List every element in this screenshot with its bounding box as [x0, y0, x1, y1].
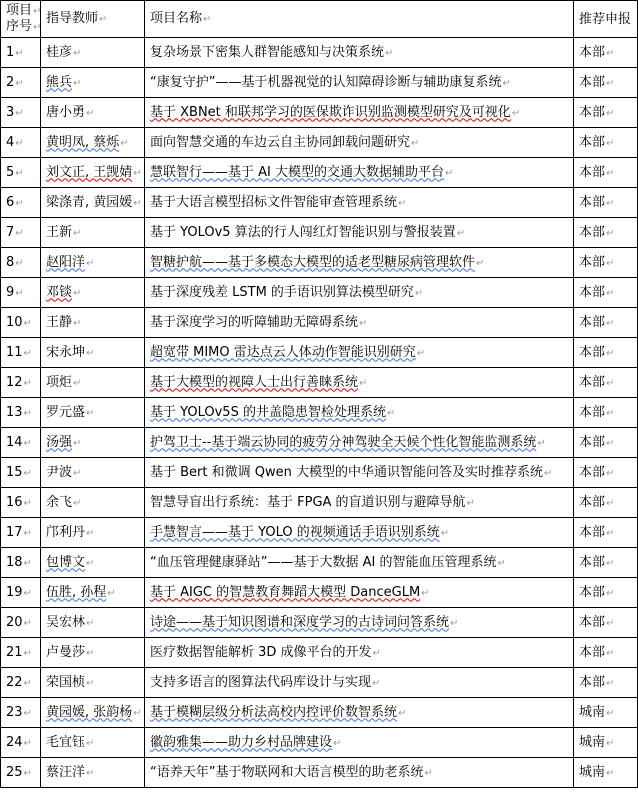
paragraph-mark-icon: ↵ [24, 378, 32, 389]
cell-project-name-text: 基于大语言模型招标文件智能审查管理系统 [150, 195, 397, 210]
paragraph-mark-icon: ↵ [15, 138, 23, 149]
paragraph-mark-icon: ↵ [372, 678, 380, 689]
paragraph-mark-icon: ↵ [606, 588, 614, 599]
table-body: 1↵桂彦↵复杂场景下密集人群智能感知与决策系统↵本部↵2↵熊兵↵“康复守护”——… [1, 38, 638, 788]
header-project-number[interactable]: 项目↵ 序号↵ [1, 1, 41, 38]
cell-recommend[interactable]: 本部↵ [574, 428, 638, 458]
paragraph-mark-icon: ↵ [73, 288, 81, 299]
paragraph-mark-icon: ↵ [86, 408, 94, 419]
table-row: 15↵尹波↵基于 Bert 和微调 Qwen 大模型的中华通识智能问答及实时推荐… [1, 458, 638, 488]
cell-teacher[interactable]: 王静↵ [41, 308, 145, 338]
paragraph-mark-icon: ↵ [476, 258, 484, 269]
cell-recommend[interactable]: 城南↵ [574, 758, 638, 788]
paragraph-mark-icon: ↵ [502, 78, 510, 89]
cell-teacher-text: 刘文正, 王觊婧 [46, 165, 132, 180]
paragraph-mark-icon: ↵ [606, 288, 614, 299]
paragraph-mark-icon: ↵ [606, 558, 614, 569]
cell-project-number-text: 22 [6, 675, 23, 690]
cell-project-number[interactable]: 24↵ [1, 728, 41, 758]
table-row: 16↵余飞↵智慧导盲出行系统：基于 FPGA 的盲道识别与避障导航↵本部↵ [1, 488, 638, 518]
cell-project-name-text: 基于 AIGC 的智慧教育舞蹈大模型 DanceGLM [150, 585, 420, 600]
cell-teacher-text: 毛宜钰 [46, 735, 85, 750]
cell-project-name-text: 医疗数据智能解析 3D 成像平台的开发 [150, 645, 372, 660]
cell-project-name-text: 基于模糊层级分析法高校内控评价数智系统 [150, 705, 397, 720]
cell-teacher[interactable]: 邝利丹↵ [41, 518, 145, 548]
cell-project-name[interactable]: 基于 XBNet 和联邦学习的医保欺诈识别监测模型研究及可视化↵ [145, 98, 574, 128]
paragraph-mark-icon: ↵ [606, 678, 614, 689]
cell-recommend-text: 城南 [579, 735, 605, 750]
cell-teacher[interactable]: 王新↵ [41, 218, 145, 248]
table-row: 1↵桂彦↵复杂场景下密集人群智能感知与决策系统↵本部↵ [1, 38, 638, 68]
cell-project-number[interactable]: 23↵ [1, 698, 41, 728]
paragraph-mark-icon: ↵ [606, 228, 614, 239]
cell-project-name[interactable]: “血压管理健康驿站”——基于大数据 AI 的智能血压管理系统↵ [145, 548, 574, 578]
cell-project-name-text: 基于深度残差 LSTM 的手语识别算法模型研究 [150, 285, 414, 300]
cell-teacher[interactable]: 荣国桢↵ [41, 668, 145, 698]
paragraph-mark-icon: ↵ [15, 228, 23, 239]
cell-project-number[interactable]: 19↵ [1, 578, 41, 608]
paragraph-mark-icon: ↵ [398, 708, 406, 719]
cell-recommend[interactable]: 本部↵ [574, 308, 638, 338]
cell-recommend[interactable]: 本部↵ [574, 158, 638, 188]
cell-project-name[interactable]: 基于 Bert 和微调 Qwen 大模型的中华通识智能问答及实时推荐系统↵ [145, 458, 574, 488]
cell-recommend[interactable]: 本部↵ [574, 668, 638, 698]
cell-project-name[interactable]: 基于大语言模型招标文件智能审查管理系统↵ [145, 188, 574, 218]
cell-teacher[interactable]: 邓锬↵ [41, 278, 145, 308]
cell-project-number[interactable]: 5↵ [1, 158, 41, 188]
cell-recommend[interactable]: 本部↵ [574, 368, 638, 398]
paragraph-mark-icon: ↵ [606, 258, 614, 269]
paragraph-mark-icon: ↵ [15, 288, 23, 299]
cell-teacher-text: 邓锬 [46, 285, 72, 300]
paragraph-mark-icon: ↵ [33, 22, 40, 33]
paragraph-mark-icon: ↵ [86, 738, 94, 749]
cell-project-number[interactable]: 17↵ [1, 518, 41, 548]
cell-project-name-text: 手慧智言——基于 YOLO 的视频通话手语识别系统 [150, 525, 440, 540]
table-row: 17↵邝利丹↵手慧智言——基于 YOLO 的视频通话手语识别系统↵本部↵ [1, 518, 638, 548]
cell-teacher[interactable]: 余飞↵ [41, 488, 145, 518]
cell-teacher[interactable]: 卢曼莎↵ [41, 638, 145, 668]
paragraph-mark-icon: ↵ [15, 198, 23, 209]
table-row: 3↵唐小勇↵基于 XBNet 和联邦学习的医保欺诈识别监测模型研究及可视化↵本部… [1, 98, 638, 128]
cell-project-number-text: 6 [6, 195, 14, 210]
table-row: 24↵毛宜钰↵徽韵雅集——助力乡村品牌建设↵城南↵ [1, 728, 638, 758]
cell-recommend[interactable]: 本部↵ [574, 578, 638, 608]
cell-project-number-text: 13 [6, 405, 23, 420]
cell-teacher[interactable]: 吴宏林↵ [41, 608, 145, 638]
cell-project-name[interactable]: 徽韵雅集——助力乡村品牌建设↵ [145, 728, 574, 758]
paragraph-mark-icon: ↵ [537, 438, 545, 449]
paragraph-mark-icon: ↵ [415, 288, 423, 299]
cell-project-number[interactable]: 2↵ [1, 68, 41, 98]
paragraph-mark-icon: ↵ [606, 78, 614, 89]
cell-project-name-text: 复杂场景下密集人群智能感知与决策系统 [150, 45, 384, 60]
cell-recommend-text: 本部 [579, 675, 605, 690]
cell-project-name[interactable]: 复杂场景下密集人群智能感知与决策系统↵ [145, 38, 574, 68]
table-row: 22↵荣国桢↵支持多语言的图算法代码库设计与实现↵本部↵ [1, 668, 638, 698]
cell-project-number[interactable]: 15↵ [1, 458, 41, 488]
paragraph-mark-icon: ↵ [450, 618, 458, 629]
cell-project-number[interactable]: 16↵ [1, 488, 41, 518]
cell-teacher-text: 王新 [46, 225, 72, 240]
cell-project-name-text: 慧联智行——基于 AI 大模型的交通大数据辅助平台 [150, 165, 444, 180]
cell-project-number-text: 12 [6, 375, 23, 390]
paragraph-mark-icon: ↵ [24, 768, 32, 779]
cell-project-number[interactable]: 13↵ [1, 398, 41, 428]
cell-recommend-text: 本部 [579, 615, 605, 630]
cell-project-name[interactable]: 医疗数据智能解析 3D 成像平台的开发↵ [145, 638, 574, 668]
cell-project-number[interactable]: 3↵ [1, 98, 41, 128]
cell-project-number-text: 7 [6, 225, 14, 240]
cell-teacher-text: 邝利丹 [46, 525, 85, 540]
table-row: 4↵黄明凤, 蔡烁↵面向智慧交通的车边云自主协同卸载问题研究↵本部↵ [1, 128, 638, 158]
cell-project-name[interactable]: “康复守护”——基于机器视觉的认知障碍诊断与辅助康复系统↵ [145, 68, 574, 98]
paragraph-mark-icon: ↵ [73, 378, 81, 389]
cell-project-number[interactable]: 6↵ [1, 188, 41, 218]
cell-recommend-text: 本部 [579, 525, 605, 540]
cell-recommend[interactable]: 本部↵ [574, 398, 638, 428]
paragraph-mark-icon: ↵ [24, 738, 32, 749]
cell-teacher-text: 宋永坤 [46, 345, 85, 360]
paragraph-mark-icon: ↵ [606, 108, 614, 119]
paragraph-mark-icon: ↵ [373, 648, 381, 659]
cell-project-name-text: “血压管理健康驿站”——基于大数据 AI 的智能血压管理系统 [150, 555, 496, 570]
cell-recommend-text: 本部 [579, 375, 605, 390]
cell-teacher-text: 项炬 [46, 375, 72, 390]
cell-project-number-text: 10 [6, 315, 23, 330]
table-row: 25↵蔡汪洋↵“语养天年”基于物联网和大语言模型的助老系统↵城南↵ [1, 758, 638, 788]
cell-project-name-text: 智糖护航——基于多模态大模型的适老型糖尿病管理软件 [150, 255, 475, 270]
cell-project-name[interactable]: 超宽带 MIMO 雷达点云人体动作智能识别研究↵ [145, 338, 574, 368]
cell-teacher-text: 黄园媛, 张韵杨 [46, 705, 132, 720]
cell-project-name[interactable]: 面向智慧交通的车边云自主协同卸载问题研究↵ [145, 128, 574, 158]
paragraph-mark-icon: ↵ [24, 528, 32, 539]
paragraph-mark-icon: ↵ [73, 498, 81, 509]
cell-teacher[interactable]: 蔡汪洋↵ [41, 758, 145, 788]
paragraph-mark-icon: ↵ [398, 198, 406, 209]
paragraph-mark-icon: ↵ [73, 48, 81, 59]
cell-project-number-text: 16 [6, 495, 23, 510]
cell-teacher[interactable]: 赵阳洋↵ [41, 248, 145, 278]
cell-project-number-text: 1 [6, 45, 14, 60]
paragraph-mark-icon: ↵ [86, 648, 94, 659]
cell-teacher-text: 伍胜, 孙程 [46, 585, 106, 600]
cell-project-number-text: 23 [6, 705, 23, 720]
cell-recommend-text: 本部 [579, 255, 605, 270]
cell-project-name[interactable]: 基于深度残差 LSTM 的手语识别算法模型研究↵ [145, 278, 574, 308]
cell-project-name[interactable]: 支持多语言的图算法代码库设计与实现↵ [145, 668, 574, 698]
table-row: 12↵项炬↵基于大模型的视障人士出行善睐系统↵本部↵ [1, 368, 638, 398]
cell-teacher[interactable]: 宋永坤↵ [41, 338, 145, 368]
paragraph-mark-icon: ↵ [15, 78, 23, 89]
paragraph-mark-icon: ↵ [73, 228, 81, 239]
cell-recommend-text: 本部 [579, 555, 605, 570]
paragraph-mark-icon: ↵ [497, 558, 505, 569]
cell-project-number[interactable]: 14↵ [1, 428, 41, 458]
cell-recommend[interactable]: 城南↵ [574, 728, 638, 758]
cell-teacher[interactable]: 黄园媛, 张韵杨↵ [41, 698, 145, 728]
cell-teacher[interactable]: 毛宜钰↵ [41, 728, 145, 758]
table-row: 5↵刘文正, 王觊婧↵慧联智行——基于 AI 大模型的交通大数据辅助平台↵本部↵ [1, 158, 638, 188]
paragraph-mark-icon: ↵ [606, 738, 614, 749]
cell-recommend[interactable]: 本部↵ [574, 488, 638, 518]
cell-project-name[interactable]: 基于深度学习的听障辅助无障碍系统↵ [145, 308, 574, 338]
cell-teacher[interactable]: 伍胜, 孙程↵ [41, 578, 145, 608]
table-row: 7↵王新↵基于 YOLOv5 算法的行人闯红灯智能识别与警报装置↵本部↵ [1, 218, 638, 248]
cell-recommend-text: 本部 [579, 435, 605, 450]
cell-project-name[interactable]: 诗途——基于知识图谱和深度学习的古诗词问答系统↵ [145, 608, 574, 638]
paragraph-mark-icon: ↵ [606, 318, 614, 329]
paragraph-mark-icon: ↵ [73, 468, 81, 479]
cell-project-number-text: 24 [6, 735, 23, 750]
cell-recommend[interactable]: 城南↵ [574, 698, 638, 728]
header-project-name-label: 项目名称 [150, 11, 202, 26]
cell-project-number-text: 4 [6, 135, 14, 150]
header-no-line2: 序号 [6, 19, 32, 34]
paragraph-mark-icon: ↵ [86, 678, 94, 689]
cell-recommend[interactable]: 本部↵ [574, 128, 638, 158]
cell-project-number[interactable]: 25↵ [1, 758, 41, 788]
cell-project-name[interactable]: 护驾卫士--基于端云协同的疲劳分神驾驶全天候个性化智能监测系统↵ [145, 428, 574, 458]
cell-project-name-text: 基于 YOLOv5S 的井盖隐患智检处理系统 [150, 405, 386, 420]
paragraph-mark-icon: ↵ [203, 14, 211, 25]
cell-teacher-text: 黄明凤, 蔡烁 [46, 135, 119, 150]
cell-project-number[interactable]: 4↵ [1, 128, 41, 158]
cell-recommend[interactable]: 本部↵ [574, 68, 638, 98]
table-row: 14↵汤强↵护驾卫士--基于端云协同的疲劳分神驾驶全天候个性化智能监测系统↵本部… [1, 428, 638, 458]
cell-teacher-text: 赵阳洋 [46, 255, 85, 270]
cell-project-number-text: 21 [6, 645, 23, 660]
cell-teacher[interactable]: 罗元盛↵ [41, 398, 145, 428]
cell-project-name[interactable]: 基于 YOLOv5S 的井盖隐患智检处理系统↵ [145, 398, 574, 428]
cell-recommend[interactable]: 本部↵ [574, 218, 638, 248]
paragraph-mark-icon: ↵ [24, 618, 32, 629]
cell-project-number[interactable]: 10↵ [1, 308, 41, 338]
paragraph-mark-icon: ↵ [606, 168, 614, 179]
cell-teacher[interactable]: 项炬↵ [41, 368, 145, 398]
cell-recommend-text: 本部 [579, 195, 605, 210]
paragraph-mark-icon: ↵ [73, 78, 81, 89]
cell-project-name-text: 支持多语言的图算法代码库设计与实现 [150, 675, 371, 690]
paragraph-mark-icon: ↵ [15, 48, 23, 59]
cell-recommend[interactable]: 本部↵ [574, 278, 638, 308]
cell-teacher-text: 卢曼莎 [46, 645, 85, 660]
paragraph-mark-icon: ↵ [24, 408, 32, 419]
cell-recommend[interactable]: 本部↵ [574, 188, 638, 218]
cell-project-name-text: 基于 XBNet 和联邦学习的医保欺诈识别监测模型研究及可视化 [150, 105, 511, 120]
cell-recommend-text: 本部 [579, 405, 605, 420]
cell-recommend-text: 本部 [579, 345, 605, 360]
cell-teacher-text: 唐小勇 [46, 105, 85, 120]
cell-teacher[interactable]: 梁涤青, 黄园媛↵ [41, 188, 145, 218]
header-teacher-label: 指导教师 [46, 11, 98, 26]
paragraph-mark-icon: ↵ [606, 708, 614, 719]
table-row: 20↵吴宏林↵诗途——基于知识图谱和深度学习的古诗词问答系统↵本部↵ [1, 608, 638, 638]
paragraph-mark-icon: ↵ [86, 348, 94, 359]
cell-recommend-text: 本部 [579, 315, 605, 330]
table-row: 13↵罗元盛↵基于 YOLOv5S 的井盖隐患智检处理系统↵本部↵ [1, 398, 638, 428]
table-row: 9↵邓锬↵基于深度残差 LSTM 的手语识别算法模型研究↵本部↵ [1, 278, 638, 308]
header-recommend-label: 推荐申报 [579, 12, 631, 27]
paragraph-mark-icon: ↵ [107, 588, 115, 599]
cell-teacher[interactable]: 黄明凤, 蔡烁↵ [41, 128, 145, 158]
paragraph-mark-icon: ↵ [606, 618, 614, 629]
cell-teacher[interactable]: 尹波↵ [41, 458, 145, 488]
paragraph-mark-icon: ↵ [385, 48, 393, 59]
cell-project-name[interactable]: 基于 YOLOv5 算法的行人闯红灯智能识别与警报装置↵ [145, 218, 574, 248]
header-project-name[interactable]: 项目名称↵ [145, 1, 574, 38]
paragraph-mark-icon: ↵ [441, 528, 449, 539]
paragraph-mark-icon: ↵ [133, 198, 141, 209]
cell-teacher-text: 吴宏林 [46, 615, 85, 630]
cell-recommend[interactable]: 本部↵ [574, 98, 638, 128]
paragraph-mark-icon: ↵ [86, 558, 94, 569]
paragraph-mark-icon: ↵ [133, 708, 141, 719]
cell-project-name[interactable]: 智糖护航——基于多模态大模型的适老型糖尿病管理软件↵ [145, 248, 574, 278]
cell-project-name[interactable]: 基于模糊层级分析法高校内控评价数智系统↵ [145, 698, 574, 728]
cell-recommend-text: 本部 [579, 75, 605, 90]
cell-project-number[interactable]: 1↵ [1, 38, 41, 68]
paragraph-mark-icon: ↵ [544, 468, 552, 479]
cell-recommend[interactable]: 本部↵ [574, 458, 638, 488]
cell-teacher-text: 包博文 [46, 555, 85, 570]
cell-project-number[interactable]: 18↵ [1, 548, 41, 578]
cell-teacher[interactable]: 唐小勇↵ [41, 98, 145, 128]
cell-teacher-text: 荣国桢 [46, 675, 85, 690]
cell-recommend-text: 本部 [579, 135, 605, 150]
cell-teacher[interactable]: 包博文↵ [41, 548, 145, 578]
cell-project-name[interactable]: 智慧导盲出行系统：基于 FPGA 的盲道识别与避障导航↵ [145, 488, 574, 518]
cell-project-number[interactable]: 21↵ [1, 638, 41, 668]
paragraph-mark-icon: ↵ [606, 768, 614, 779]
paragraph-mark-icon: ↵ [417, 348, 425, 359]
cell-project-number-text: 15 [6, 465, 23, 480]
project-table: 项目↵ 序号↵ 指导教师↵ 项目名称↵ 推荐申报 1↵桂彦↵复杂场景下密集人群智… [0, 0, 638, 788]
cell-teacher-text: 王静 [46, 315, 72, 330]
cell-project-number-text: 9 [6, 285, 14, 300]
cell-recommend-text: 本部 [579, 585, 605, 600]
cell-recommend-text: 本部 [579, 285, 605, 300]
cell-project-name-text: 智慧导盲出行系统：基于 FPGA 的盲道识别与避障导航 [150, 495, 466, 510]
cell-teacher-text: 罗元盛 [46, 405, 85, 420]
cell-project-name-text: 面向智慧交通的车边云自主协同卸载问题研究 [150, 135, 410, 150]
table-row: 18↵包博文↵“血压管理健康驿站”——基于大数据 AI 的智能血压管理系统↵本部… [1, 548, 638, 578]
cell-recommend[interactable]: 本部↵ [574, 248, 638, 278]
paragraph-mark-icon: ↵ [333, 738, 341, 749]
paragraph-mark-icon: ↵ [133, 168, 141, 179]
cell-recommend[interactable]: 本部↵ [574, 638, 638, 668]
cell-recommend-text: 本部 [579, 225, 605, 240]
cell-recommend[interactable]: 本部↵ [574, 518, 638, 548]
cell-project-number[interactable]: 12↵ [1, 368, 41, 398]
cell-project-number-text: 14 [6, 435, 23, 450]
cell-project-name-text: 超宽带 MIMO 雷达点云人体动作智能识别研究 [150, 345, 416, 360]
cell-project-name-text: “语养天年”基于物联网和大语言模型的助老系统 [150, 765, 423, 780]
cell-teacher[interactable]: 桂彦↵ [41, 38, 145, 68]
cell-project-number[interactable]: 22↵ [1, 668, 41, 698]
paragraph-mark-icon: ↵ [86, 108, 94, 119]
paragraph-mark-icon: ↵ [411, 138, 419, 149]
cell-teacher[interactable]: 汤强↵ [41, 428, 145, 458]
cell-project-name[interactable]: 手慧智言——基于 YOLO 的视频通话手语识别系统↵ [145, 518, 574, 548]
paragraph-mark-icon: ↵ [15, 108, 23, 119]
paragraph-mark-icon: ↵ [606, 138, 614, 149]
paragraph-mark-icon: ↵ [24, 588, 32, 599]
cell-project-name-text: 诗途——基于知识图谱和深度学习的古诗词问答系统 [150, 615, 449, 630]
paragraph-mark-icon: ↵ [606, 378, 614, 389]
cell-project-number[interactable]: 7↵ [1, 218, 41, 248]
cell-project-number[interactable]: 20↵ [1, 608, 41, 638]
table-row: 10↵王静↵基于深度学习的听障辅助无障碍系统↵本部↵ [1, 308, 638, 338]
paragraph-mark-icon: ↵ [33, 6, 40, 17]
cell-teacher-text: 梁涤青, 黄园媛 [46, 195, 132, 210]
cell-teacher[interactable]: 刘文正, 王觊婧↵ [41, 158, 145, 188]
cell-project-name[interactable]: 基于大模型的视障人士出行善睐系统↵ [145, 368, 574, 398]
paragraph-mark-icon: ↵ [86, 768, 94, 779]
paragraph-mark-icon: ↵ [24, 468, 32, 479]
cell-teacher-text: 熊兵 [46, 75, 72, 90]
cell-project-number-text: 25 [6, 765, 23, 780]
table-row: 2↵熊兵↵“康复守护”——基于机器视觉的认知障碍诊断与辅助康复系统↵本部↵ [1, 68, 638, 98]
paragraph-mark-icon: ↵ [24, 348, 32, 359]
cell-teacher[interactable]: 熊兵↵ [41, 68, 145, 98]
paragraph-mark-icon: ↵ [359, 318, 367, 329]
cell-project-name[interactable]: 慧联智行——基于 AI 大模型的交通大数据辅助平台↵ [145, 158, 574, 188]
cell-recommend-text: 本部 [579, 495, 605, 510]
paragraph-mark-icon: ↵ [606, 528, 614, 539]
paragraph-mark-icon: ↵ [606, 198, 614, 209]
paragraph-mark-icon: ↵ [15, 258, 23, 269]
paragraph-mark-icon: ↵ [606, 438, 614, 449]
cell-project-name[interactable]: “语养天年”基于物联网和大语言模型的助老系统↵ [145, 758, 574, 788]
cell-project-number-text: 8 [6, 255, 14, 270]
cell-project-number[interactable]: 8↵ [1, 248, 41, 278]
cell-project-number-text: 17 [6, 525, 23, 540]
cell-project-name-text: 徽韵雅集——助力乡村品牌建设 [150, 735, 332, 750]
cell-teacher-text: 桂彦 [46, 45, 72, 60]
cell-recommend[interactable]: 本部↵ [574, 548, 638, 578]
cell-project-number-text: 11 [6, 345, 23, 360]
paragraph-mark-icon: ↵ [421, 588, 429, 599]
paragraph-mark-icon: ↵ [359, 378, 367, 389]
cell-recommend-text: 城南 [579, 705, 605, 720]
cell-project-name-text: 基于 YOLOv5 算法的行人闯红灯智能识别与警报装置 [150, 225, 456, 240]
paragraph-mark-icon: ↵ [606, 48, 614, 59]
cell-project-name-text: 基于深度学习的听障辅助无障碍系统 [150, 315, 358, 330]
header-teacher[interactable]: 指导教师↵ [41, 1, 145, 38]
paragraph-mark-icon: ↵ [120, 138, 128, 149]
paragraph-mark-icon: ↵ [86, 258, 94, 269]
paragraph-mark-icon: ↵ [24, 558, 32, 569]
cell-teacher-text: 余飞 [46, 495, 72, 510]
cell-recommend[interactable]: 本部↵ [574, 338, 638, 368]
cell-project-number-text: 2 [6, 75, 14, 90]
cell-recommend[interactable]: 本部↵ [574, 608, 638, 638]
header-recommend[interactable]: 推荐申报 [574, 1, 638, 38]
cell-project-number[interactable]: 9↵ [1, 278, 41, 308]
paragraph-mark-icon: ↵ [606, 468, 614, 479]
cell-project-name[interactable]: 基于 AIGC 的智慧教育舞蹈大模型 DanceGLM↵ [145, 578, 574, 608]
cell-project-number-text: 18 [6, 555, 23, 570]
cell-project-number-text: 20 [6, 615, 23, 630]
cell-project-number[interactable]: 11↵ [1, 338, 41, 368]
paragraph-mark-icon: ↵ [24, 438, 32, 449]
paragraph-mark-icon: ↵ [73, 318, 81, 329]
cell-recommend[interactable]: 本部↵ [574, 38, 638, 68]
cell-recommend-text: 本部 [579, 45, 605, 60]
paragraph-mark-icon: ↵ [606, 648, 614, 659]
paragraph-mark-icon: ↵ [467, 498, 475, 509]
